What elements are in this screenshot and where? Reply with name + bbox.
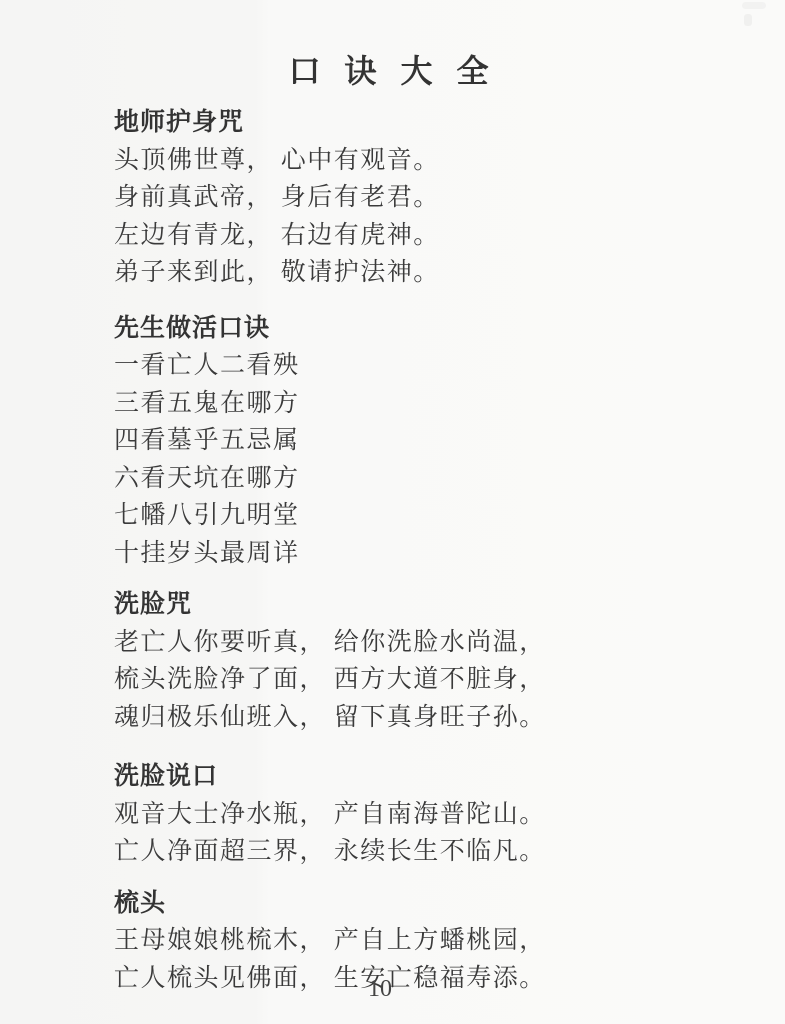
scan-blot (742, 2, 766, 9)
verse-line: 六看天坑在哪方 (114, 460, 674, 498)
verse-line: 左边有青龙， 右边有虎神。 (114, 217, 674, 255)
verse-line: 十挂岁头最周详 (114, 535, 674, 573)
section-heading: 地师护身咒 (114, 104, 674, 142)
scan-artifact (740, 2, 768, 28)
verse-line: 四看墓乎五忌属 (114, 422, 674, 460)
verse-line: 梳头洗脸净了面， 西方大道不脏身， (114, 661, 674, 699)
scan-blot (744, 14, 752, 26)
section-dishi-hushen-zhou: 地师护身咒 头顶佛世尊， 心中有观音。 身前真武帝， 身后有老君。 左边有青龙，… (114, 104, 674, 292)
section-heading: 洗脸咒 (114, 586, 674, 624)
verse-line: 头顶佛世尊， 心中有观音。 (114, 142, 674, 180)
verse-line: 身前真武帝， 身后有老君。 (114, 179, 674, 217)
section-xilian-shuokou: 洗脸说口 观音大士净水瓶， 产自南海普陀山。 亡人净面超三界， 永续长生不临凡。 (114, 758, 674, 871)
page-number: 10 (0, 976, 760, 1003)
section-xiansheng-zuohuo-koujue: 先生做活口诀 一看亡人二看殃 三看五鬼在哪方 四看墓乎五忌属 六看天坑在哪方 七… (114, 310, 674, 573)
section-heading: 先生做活口诀 (114, 310, 674, 348)
verse-line: 老亡人你要听真， 给你洗脸水尚温， (114, 624, 674, 662)
section-heading: 洗脸说口 (114, 758, 674, 796)
verse-line: 七幡八引九明堂 (114, 497, 674, 535)
verse-line: 弟子来到此， 敬请护法神。 (114, 254, 674, 292)
section-xilian-zhou: 洗脸咒 老亡人你要听真， 给你洗脸水尚温， 梳头洗脸净了面， 西方大道不脏身， … (114, 586, 674, 736)
verse-line: 亡人净面超三界， 永续长生不临凡。 (114, 833, 674, 871)
content-column: 地师护身咒 头顶佛世尊， 心中有观音。 身前真武帝， 身后有老君。 左边有青龙，… (114, 104, 674, 997)
verse-line: 魂归极乐仙班入， 留下真身旺子孙。 (114, 699, 674, 737)
page-title: 口 诀 大 全 (0, 46, 785, 92)
verse-line: 三看五鬼在哪方 (114, 385, 674, 423)
verse-line: 观音大士净水瓶， 产自南海普陀山。 (114, 796, 674, 834)
section-heading: 梳头 (114, 885, 674, 923)
verse-line: 王母娘娘桃梳木， 产自上方蟠桃园， (114, 922, 674, 960)
verse-line: 一看亡人二看殃 (114, 347, 674, 385)
